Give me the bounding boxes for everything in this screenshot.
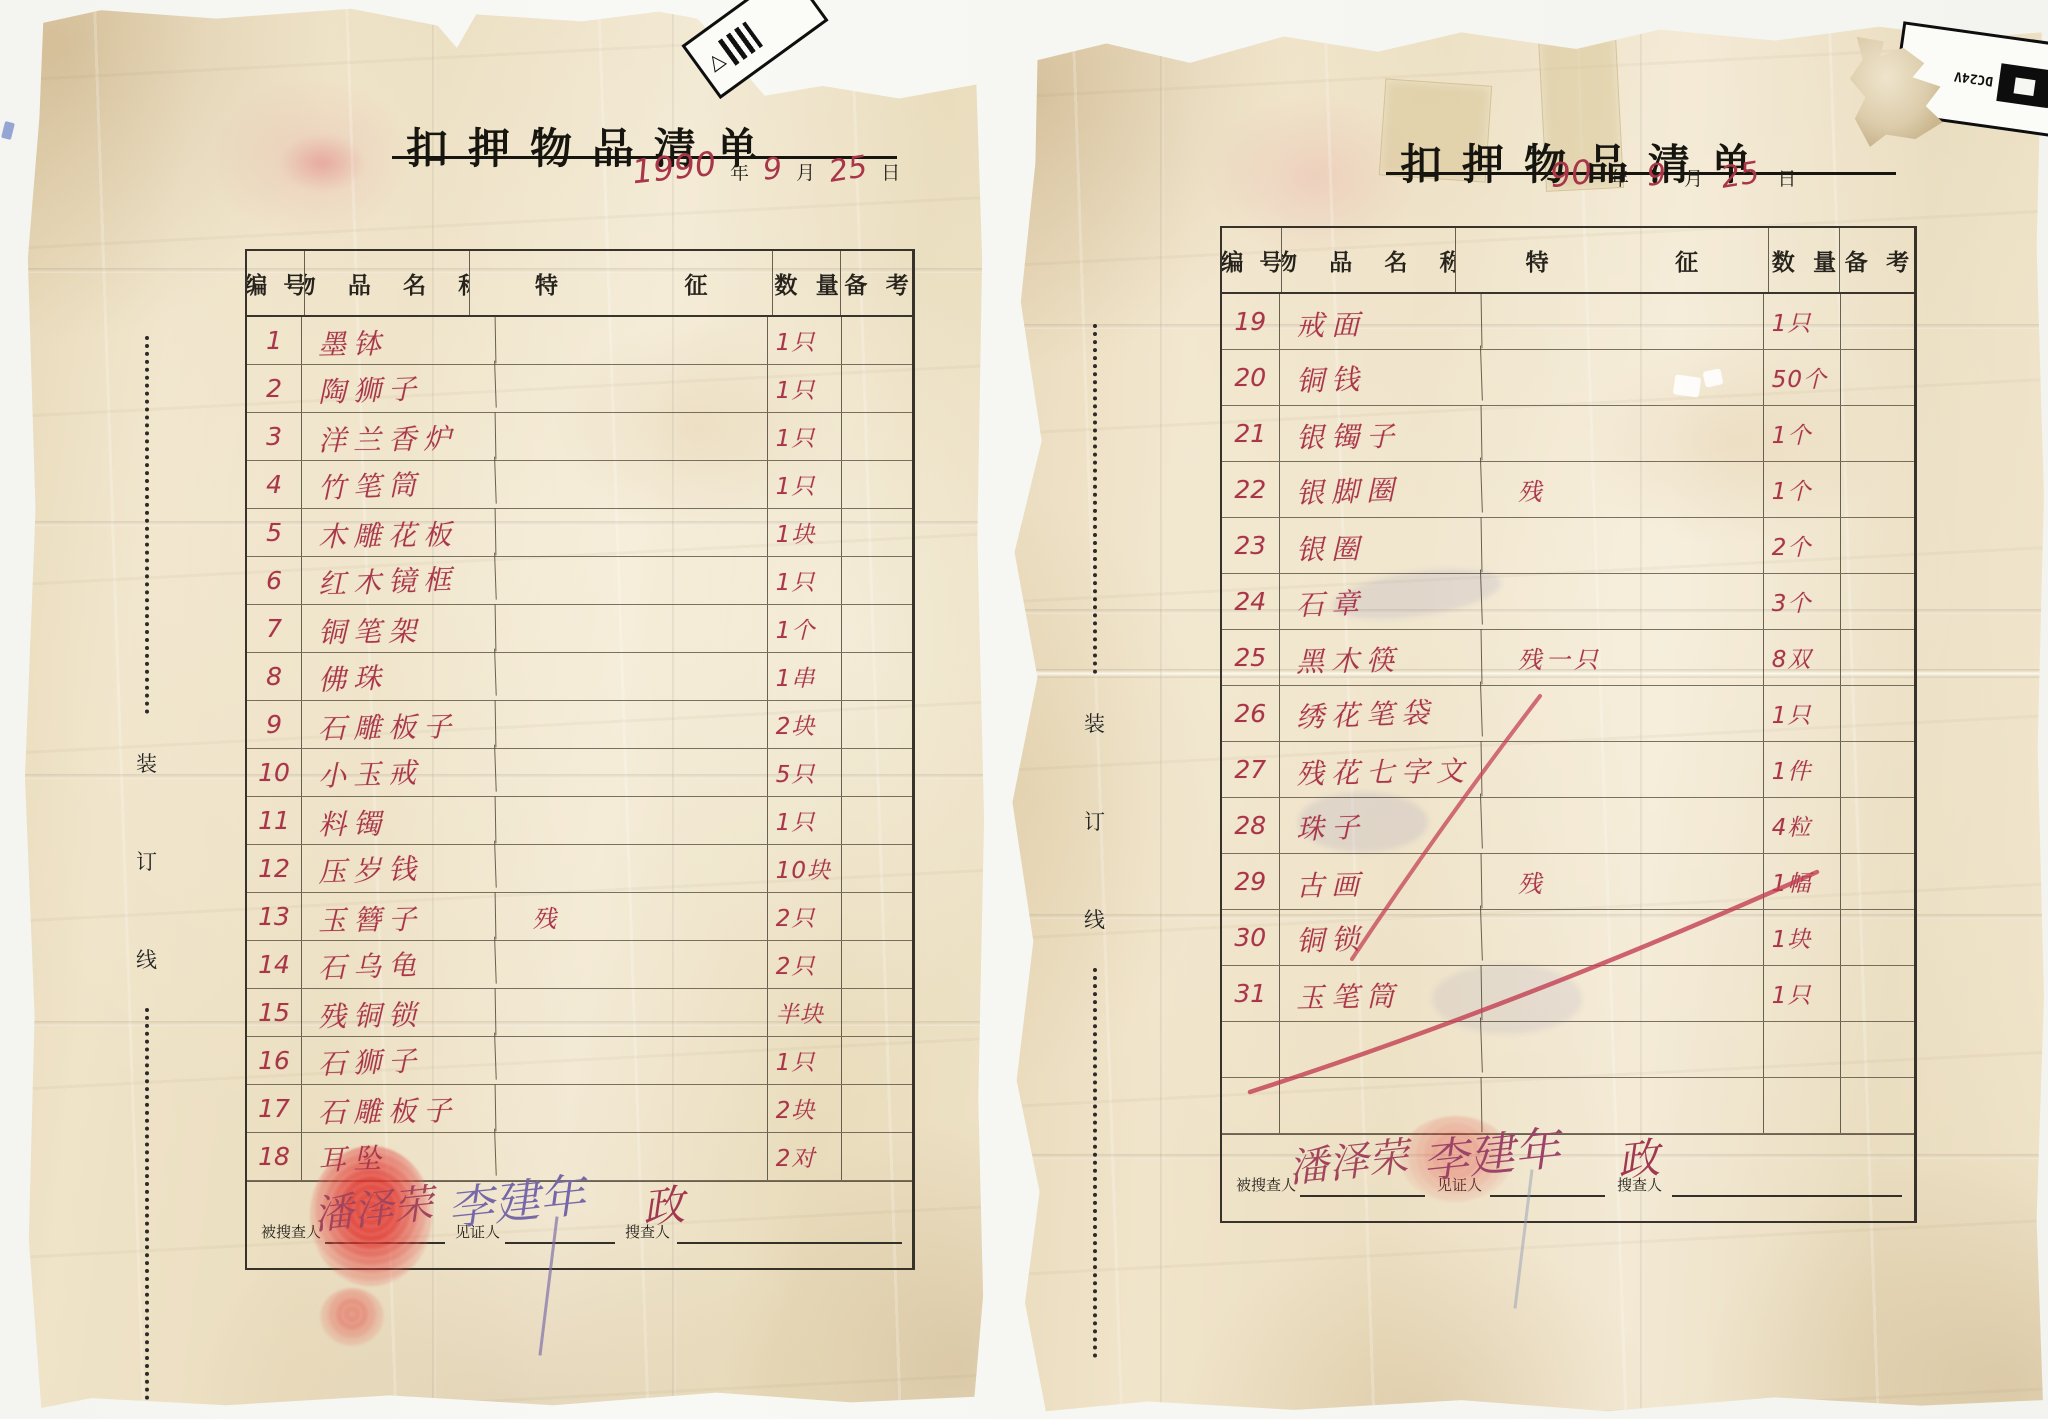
cell-item-name: 银圈 xyxy=(1279,517,1482,576)
header-number: 编号 xyxy=(1222,228,1282,292)
seizure-form-page-1: 装 订 线 扣押物品清单 1990 年 9 月 25 日 编号 物品名称 特征 … xyxy=(24,6,986,1408)
cell-feature xyxy=(1482,294,1764,349)
binding-char: 线 xyxy=(136,944,157,974)
cell-quantity: 2块 xyxy=(768,701,842,748)
cell-quantity: 1件 xyxy=(1764,742,1841,797)
date-day-value: 25 xyxy=(827,149,870,190)
table-row xyxy=(1222,1078,1914,1134)
binding-margin: 装 订 线 xyxy=(1084,324,1105,1358)
table-row: 10 小玉戒 5只 xyxy=(247,749,912,797)
cell-number: 13 xyxy=(247,893,302,940)
cell-number: 10 xyxy=(247,749,302,796)
binding-dots xyxy=(145,336,149,714)
cell-item-name: 玉簪子 xyxy=(302,892,497,942)
signature-searcher: 政 xyxy=(639,1172,687,1236)
table-row: 4 竹笔筒 1只 xyxy=(247,461,912,509)
cell-remark xyxy=(842,365,912,412)
table-row: 29 古画 残 1幅 xyxy=(1222,854,1914,910)
cell-quantity: 1只 xyxy=(1764,966,1841,1021)
table-row: 21 银镯子 1个 xyxy=(1222,406,1914,462)
table-row: 27 残花七字文 1件 xyxy=(1222,742,1914,798)
cell-quantity: 1只 xyxy=(1764,294,1841,349)
cell-item-name: 古画 xyxy=(1279,853,1482,912)
cell-quantity: 1只 xyxy=(768,317,842,364)
signature-line xyxy=(1490,1195,1605,1197)
cell-feature xyxy=(496,557,767,604)
cell-feature xyxy=(1482,798,1764,853)
cell-feature: 残 xyxy=(1482,462,1764,517)
cell-number: 7 xyxy=(247,605,302,652)
cell-item-name: 铜锁 xyxy=(1279,905,1483,967)
cell-item-name: 残花七字文 xyxy=(1279,741,1482,800)
cell-item-name: 墨钵 xyxy=(302,316,497,366)
cell-number: 20 xyxy=(1222,350,1280,405)
signature-witness: 李建年 xyxy=(444,1159,588,1239)
table-row: 26 绣花笔袋 1只 xyxy=(1222,686,1914,742)
cell-number: 8 xyxy=(247,653,302,700)
date-year-label: 年 xyxy=(730,158,749,185)
cell-item-name: 木雕花板 xyxy=(302,508,497,558)
cell-remark xyxy=(1841,686,1914,741)
cell-item-name: 玉笔筒 xyxy=(1279,965,1482,1024)
cell-number: 26 xyxy=(1222,686,1280,741)
cell-item-name: 石狮子 xyxy=(301,1033,497,1087)
cell-remark xyxy=(1841,798,1914,853)
cell-remark xyxy=(1841,966,1914,1021)
date-month-label: 月 xyxy=(796,158,815,185)
cell-quantity: 5只 xyxy=(768,749,842,796)
fold-crease xyxy=(1160,24,1164,1414)
cell-quantity: 2块 xyxy=(768,1085,842,1132)
date-day-label: 日 xyxy=(1777,164,1796,191)
cell-remark xyxy=(842,701,912,748)
cell-item-name: 石雕板子 xyxy=(302,1084,497,1134)
table-row: 8 佛珠 1串 xyxy=(247,653,912,701)
cell-feature: 残 xyxy=(1482,854,1764,909)
date-day-value: 25 xyxy=(1719,155,1762,196)
signature-searched-person: 潘泽荣 xyxy=(1285,1125,1410,1194)
cell-quantity: 1个 xyxy=(768,605,842,652)
header-remark: 备考 xyxy=(1840,228,1914,292)
date-year-label: 年 xyxy=(1610,164,1629,191)
header-feature: 特征 xyxy=(1456,228,1769,292)
cell-feature xyxy=(1482,350,1764,405)
cell-quantity xyxy=(1764,1078,1841,1133)
cell-feature xyxy=(496,509,767,556)
table-row: 23 银圈 2个 xyxy=(1222,518,1914,574)
cell-number: 24 xyxy=(1222,574,1280,629)
cell-quantity: 1幅 xyxy=(1764,854,1841,909)
cell-number: 22 xyxy=(1222,462,1280,517)
cell-remark xyxy=(842,413,912,460)
cell-item-name: 料镯 xyxy=(302,796,497,846)
label-bar-pattern xyxy=(718,21,763,65)
label-searched-person: 被搜查人 xyxy=(1236,1174,1296,1195)
cell-quantity: 50个 xyxy=(1764,350,1841,405)
cell-remark xyxy=(842,653,912,700)
cell-remark xyxy=(842,941,912,988)
binding-char: 线 xyxy=(1084,904,1105,934)
cell-item-name: 压岁钱 xyxy=(301,841,497,895)
cell-item-name: 洋兰香炉 xyxy=(302,412,497,462)
cell-feature xyxy=(496,365,767,412)
header-feature: 特征 xyxy=(470,251,773,315)
table-row: 13 玉簪子 残 2只 xyxy=(247,893,912,941)
binding-char: 装 xyxy=(136,748,157,778)
items-table: 编号 物品名称 特征 数量 备考 19 戒面 1只 20 铜钱 xyxy=(1220,226,1917,1223)
cell-number: 25 xyxy=(1222,630,1280,685)
cell-number: 1 xyxy=(247,317,302,364)
cell-quantity: 1只 xyxy=(768,557,842,604)
cell-feature xyxy=(496,653,767,700)
cell-number: 15 xyxy=(247,989,302,1036)
ink-smudge xyxy=(320,1288,384,1346)
cell-quantity: 1块 xyxy=(768,509,842,556)
cell-item-name xyxy=(1279,1017,1483,1079)
table-row: 9 石雕板子 2块 xyxy=(247,701,912,749)
cell-feature xyxy=(496,1037,767,1084)
cell-number xyxy=(1222,1022,1280,1077)
date-day-label: 日 xyxy=(881,158,900,185)
cell-remark xyxy=(842,557,912,604)
cell-number: 16 xyxy=(247,1037,302,1084)
form-date: 90 年 9 月 25 日 xyxy=(1550,154,1796,193)
cell-feature xyxy=(496,605,767,652)
table-row: 17 石雕板子 2块 xyxy=(247,1085,912,1133)
cell-remark xyxy=(842,1037,912,1084)
cell-remark xyxy=(1841,742,1914,797)
cell-item-name: 石章 xyxy=(1279,569,1483,631)
table-rows: 19 戒面 1只 20 铜钱 50个 21 银镯子 xyxy=(1222,294,1914,1134)
signature-line xyxy=(677,1242,902,1244)
signature-line xyxy=(325,1242,445,1244)
cell-item-name: 珠子 xyxy=(1279,793,1483,855)
cell-quantity: 1只 xyxy=(768,413,842,460)
cell-number: 28 xyxy=(1222,798,1280,853)
cell-number: 17 xyxy=(247,1085,302,1132)
signature-row: 被搜查人 见证人 搜查人 潘泽荣 李建年 政 xyxy=(247,1181,912,1268)
cell-number: 5 xyxy=(247,509,302,556)
cell-quantity: 8双 xyxy=(1764,630,1841,685)
cell-feature xyxy=(1482,742,1764,797)
cell-item-name: 绣花笔袋 xyxy=(1279,681,1483,743)
connector-icon xyxy=(1996,63,2048,108)
date-year-value: 90 xyxy=(1548,152,1594,195)
date-year-value: 1990 xyxy=(630,144,718,192)
table-rows: 1 墨钵 1只 2 陶狮子 1只 3 洋兰香炉 xyxy=(247,317,912,1181)
cell-feature xyxy=(496,749,767,796)
cell-quantity: 4粒 xyxy=(1764,798,1841,853)
cell-quantity: 1只 xyxy=(1764,686,1841,741)
cell-quantity: 2个 xyxy=(1764,518,1841,573)
signature-line xyxy=(1300,1195,1425,1197)
signature-line xyxy=(1672,1195,1902,1197)
cell-remark xyxy=(1841,1022,1914,1077)
cell-remark xyxy=(1841,854,1914,909)
cell-quantity: 1串 xyxy=(768,653,842,700)
binding-dots xyxy=(145,1008,149,1408)
cell-remark xyxy=(842,989,912,1036)
cell-remark xyxy=(842,1085,912,1132)
cell-quantity: 1只 xyxy=(768,1037,842,1084)
binding-margin: 装 订 线 xyxy=(136,336,157,1408)
cell-feature xyxy=(496,797,767,844)
cell-remark xyxy=(1841,574,1914,629)
cell-item-name: 竹笔筒 xyxy=(301,457,497,511)
cell-feature xyxy=(496,413,767,460)
cell-feature xyxy=(1482,406,1764,461)
table-row: 24 石章 3个 xyxy=(1222,574,1914,630)
cell-feature xyxy=(496,941,767,988)
cell-number: 4 xyxy=(247,461,302,508)
signature-witness: 李建年 xyxy=(1419,1112,1563,1192)
cell-feature xyxy=(496,989,767,1036)
form-date: 1990 年 9 月 25 日 xyxy=(632,148,900,187)
cell-number: 23 xyxy=(1222,518,1280,573)
cell-remark xyxy=(842,893,912,940)
cell-number: 18 xyxy=(247,1133,302,1180)
cell-number: 21 xyxy=(1222,406,1280,461)
cell-item-name: 铜笔架 xyxy=(302,604,497,654)
table-header: 编号 物品名称 特征 数量 备考 xyxy=(1222,228,1914,294)
cell-item-name: 陶狮子 xyxy=(301,361,497,415)
table-row: 22 银脚圈 残 1个 xyxy=(1222,462,1914,518)
cell-item-name: 石雕板子 xyxy=(302,700,497,750)
cell-quantity: 1只 xyxy=(768,461,842,508)
cell-number: 3 xyxy=(247,413,302,460)
cell-item-name: 残铜锁 xyxy=(302,988,497,1038)
cell-item-name: 戒面 xyxy=(1279,293,1482,352)
header-item-name: 物品名称 xyxy=(1282,228,1456,292)
cell-number: 12 xyxy=(247,845,302,892)
cell-number: 14 xyxy=(247,941,302,988)
cell-remark xyxy=(842,509,912,556)
table-row: 30 铜锁 1块 xyxy=(1222,910,1914,966)
cell-feature xyxy=(1482,910,1764,965)
cell-quantity xyxy=(1764,1022,1841,1077)
binding-char: 订 xyxy=(136,846,157,876)
cell-quantity: 2只 xyxy=(768,941,842,988)
binding-dots xyxy=(1093,324,1097,674)
cell-item-name: 小玉戒 xyxy=(301,745,497,799)
table-row: 28 珠子 4粒 xyxy=(1222,798,1914,854)
red-stain xyxy=(280,134,366,192)
cell-item-name: 黑木筷 xyxy=(1279,629,1482,688)
cell-feature xyxy=(496,461,767,508)
date-month-value: 9 xyxy=(1646,157,1667,193)
cell-remark xyxy=(1841,406,1914,461)
cell-remark xyxy=(1841,518,1914,573)
sticker-text: DC24V xyxy=(1953,68,1994,88)
table-row: 15 残铜锁 半块 xyxy=(247,989,912,1037)
cell-item-name: 石乌龟 xyxy=(301,937,497,991)
table-row: 11 料镯 1只 xyxy=(247,797,912,845)
warning-triangle-icon: △ xyxy=(704,49,728,74)
cell-remark xyxy=(842,461,912,508)
cell-remark xyxy=(842,605,912,652)
cell-remark xyxy=(842,845,912,892)
cell-number xyxy=(1222,1078,1280,1133)
table-row: 5 木雕花板 1块 xyxy=(247,509,912,557)
date-month-value: 9 xyxy=(762,151,783,187)
cell-feature xyxy=(496,845,767,892)
table-row: 25 黑木筷 残一只 8双 xyxy=(1222,630,1914,686)
table-row xyxy=(1222,1022,1914,1078)
cell-remark xyxy=(1841,462,1914,517)
cell-item-name: 红木镜框 xyxy=(301,553,497,607)
cell-number: 2 xyxy=(247,365,302,412)
items-table: 编号 物品名称 特征 数量 备考 1 墨钵 1只 2 陶狮子 xyxy=(245,249,915,1270)
label-searched-person: 被搜查人 xyxy=(261,1221,321,1242)
cell-quantity: 1只 xyxy=(768,797,842,844)
cell-remark xyxy=(1841,294,1914,349)
table-row: 3 洋兰香炉 1只 xyxy=(247,413,912,461)
binding-char: 装 xyxy=(1084,708,1105,738)
signature-searched-person: 潘泽荣 xyxy=(310,1172,435,1241)
cell-quantity: 10块 xyxy=(768,845,842,892)
table-row: 7 铜笔架 1个 xyxy=(247,605,912,653)
cell-quantity: 1只 xyxy=(768,365,842,412)
cell-item-name: 佛珠 xyxy=(301,649,497,703)
cell-feature xyxy=(1482,966,1764,1021)
cell-quantity: 1个 xyxy=(1764,462,1841,517)
cell-feature: 残一只 xyxy=(1482,630,1764,685)
cell-number: 11 xyxy=(247,797,302,844)
cell-feature: 残 xyxy=(496,893,767,940)
binding-dots xyxy=(1093,968,1097,1358)
cell-remark xyxy=(1841,1078,1914,1133)
signature-line xyxy=(505,1242,615,1244)
table-row: 14 石乌龟 2只 xyxy=(247,941,912,989)
header-remark: 备考 xyxy=(841,251,912,315)
table-row: 31 玉笔筒 1只 xyxy=(1222,966,1914,1022)
cell-feature xyxy=(496,1085,767,1132)
signature-searcher: 政 xyxy=(1614,1125,1662,1189)
cell-number: 29 xyxy=(1222,854,1280,909)
cell-number: 31 xyxy=(1222,966,1280,1021)
cell-number: 9 xyxy=(247,701,302,748)
header-quantity: 数量 xyxy=(1769,228,1840,292)
binding-char: 订 xyxy=(1084,806,1105,836)
cell-number: 6 xyxy=(247,557,302,604)
cell-remark xyxy=(1841,630,1914,685)
cell-quantity: 1块 xyxy=(1764,910,1841,965)
header-item-name: 物品名称 xyxy=(305,251,471,315)
cell-number: 19 xyxy=(1222,294,1280,349)
cell-item-name: 铜钱 xyxy=(1279,345,1483,407)
cell-feature xyxy=(496,701,767,748)
cell-quantity: 半块 xyxy=(768,989,842,1036)
cell-quantity: 3个 xyxy=(1764,574,1841,629)
pen-mark xyxy=(1,121,15,140)
cell-quantity: 2只 xyxy=(768,893,842,940)
cell-number: 27 xyxy=(1222,742,1280,797)
cell-remark xyxy=(842,1133,912,1180)
cell-quantity: 2对 xyxy=(768,1133,842,1180)
cell-item-name: 银镯子 xyxy=(1279,405,1482,464)
cell-remark xyxy=(1841,910,1914,965)
header-quantity: 数量 xyxy=(773,251,841,315)
cell-feature xyxy=(1482,1022,1764,1077)
table-row: 6 红木镜框 1只 xyxy=(247,557,912,605)
cell-feature xyxy=(1482,574,1764,629)
table-row: 20 铜钱 50个 xyxy=(1222,350,1914,406)
table-row: 12 压岁钱 10块 xyxy=(247,845,912,893)
table-row: 16 石狮子 1只 xyxy=(247,1037,912,1085)
ink-drip xyxy=(538,1216,558,1355)
table-row: 2 陶狮子 1只 xyxy=(247,365,912,413)
table-header: 编号 物品名称 特征 数量 备考 xyxy=(247,251,912,317)
seizure-form-page-2: 装 订 线 扣押物品清单 90 年 9 月 25 日 编号 物品名称 特征 数量… xyxy=(1002,24,2046,1414)
cell-item-name: 银脚圈 xyxy=(1279,457,1483,519)
signature-row: 被搜查人 见证人 搜查人 潘泽荣 李建年 政 xyxy=(1222,1134,1914,1221)
header-number: 编号 xyxy=(247,251,305,315)
table-row: 1 墨钵 1只 xyxy=(247,317,912,365)
cell-remark xyxy=(842,749,912,796)
cell-remark xyxy=(842,797,912,844)
cell-quantity: 1个 xyxy=(1764,406,1841,461)
cell-remark xyxy=(1841,350,1914,405)
table-row: 19 戒面 1只 xyxy=(1222,294,1914,350)
date-month-label: 月 xyxy=(1684,164,1703,191)
cell-number: 30 xyxy=(1222,910,1280,965)
ink-drip xyxy=(1513,1169,1533,1308)
cell-feature xyxy=(1482,686,1764,741)
cell-feature xyxy=(496,317,767,364)
cell-remark xyxy=(842,317,912,364)
cell-feature xyxy=(1482,518,1764,573)
